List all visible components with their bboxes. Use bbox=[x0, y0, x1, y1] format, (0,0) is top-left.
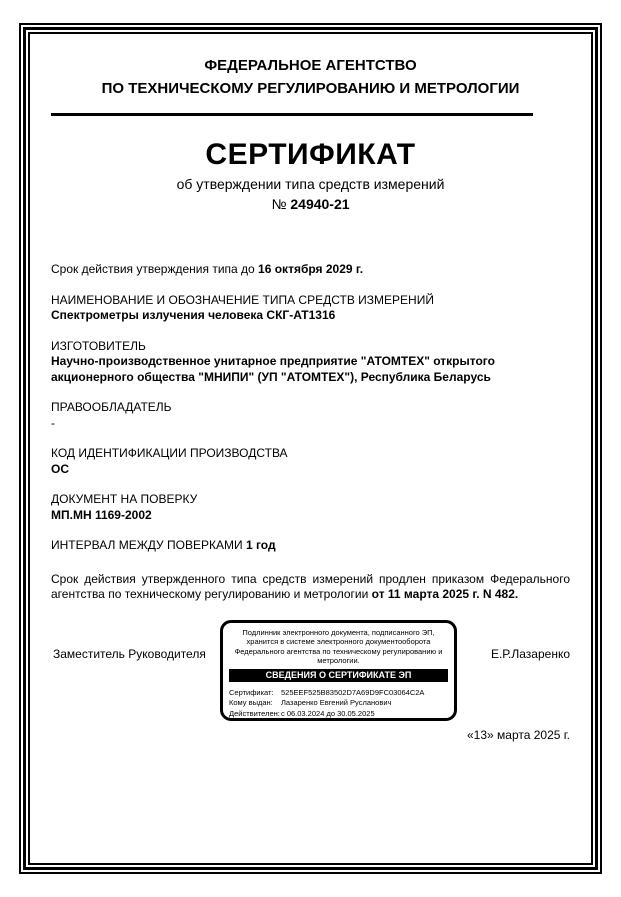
page-border-outer: ФЕДЕРАЛЬНОЕ АГЕНТСТВО ПО ТЕХНИЧЕСКОМУ РЕ… bbox=[19, 23, 602, 874]
stamp-valid-value: с 06.03.2024 до 30.05.2025 bbox=[281, 709, 448, 720]
page-border-inner: ФЕДЕРАЛЬНОЕ АГЕНТСТВО ПО ТЕХНИЧЕСКОМУ РЕ… bbox=[28, 32, 593, 865]
page-border-middle: ФЕДЕРАЛЬНОЕ АГЕНТСТВО ПО ТЕХНИЧЕСКОМУ РЕ… bbox=[23, 27, 598, 870]
stamp-certificate-value: 525EEF525B83502D7A69D9FC03064C2A bbox=[281, 688, 448, 699]
type-value: Спектрометры излучения человека СКГ-АТ13… bbox=[51, 308, 570, 324]
validity-block: Срок действия утверждения типа до 16 окт… bbox=[51, 262, 570, 278]
type-block: НАИМЕНОВАНИЕ И ОБОЗНАЧЕНИЕ ТИПА СРЕДСТВ … bbox=[51, 293, 570, 324]
certificate-title: СЕРТИФИКАТ bbox=[51, 138, 570, 172]
verification-doc-value: МП.МН 1169-2002 bbox=[51, 508, 570, 524]
certificate-page: ФЕДЕРАЛЬНОЕ АГЕНТСТВО ПО ТЕХНИЧЕСКОМУ РЕ… bbox=[0, 0, 621, 897]
type-label: НАИМЕНОВАНИЕ И ОБОЗНАЧЕНИЕ ТИПА СРЕДСТВ … bbox=[51, 293, 570, 309]
rights-holder-block: ПРАВООБЛАДАТЕЛЬ - bbox=[51, 400, 570, 431]
manufacturer-label: ИЗГОТОВИТЕЛЬ bbox=[51, 339, 570, 355]
manufacturer-block: ИЗГОТОВИТЕЛЬ Научно-производственное уни… bbox=[51, 339, 570, 386]
stamp-details: Сертификат: 525EEF525B83502D7A69D9FC0306… bbox=[229, 688, 448, 720]
validity-line: Срок действия утверждения типа до 16 окт… bbox=[51, 262, 570, 278]
verification-doc-block: ДОКУМЕНТ НА ПОВЕРКУ МП.МН 1169-2002 bbox=[51, 492, 570, 523]
signer-position: Заместитель Руководителя bbox=[53, 647, 206, 661]
verification-doc-label: ДОКУМЕНТ НА ПОВЕРКУ bbox=[51, 492, 570, 508]
agency-header-line2: ПО ТЕХНИЧЕСКОМУ РЕГУЛИРОВАНИЮ И МЕТРОЛОГ… bbox=[51, 77, 570, 100]
certificate-subtitle: об утверждении типа средств измерений bbox=[51, 174, 570, 194]
manufacturer-value: Научно-производственное унитарное предпр… bbox=[51, 354, 570, 385]
stamp-notice-line2: хранится в системе электронного документ… bbox=[229, 637, 448, 647]
certificate-number-value: 24940-21 bbox=[290, 196, 349, 212]
certificate-number: № 24940-21 bbox=[51, 194, 570, 214]
stamp-row-issued-to: Кому выдан: Лазаренко Евгений Русланович bbox=[229, 698, 448, 709]
agency-header: ФЕДЕРАЛЬНОЕ АГЕНТСТВО ПО ТЕХНИЧЕСКОМУ РЕ… bbox=[51, 54, 570, 100]
rights-holder-label: ПРАВООБЛАДАТЕЛЬ bbox=[51, 400, 570, 416]
stamp-notice-line3: Федерального агентства по техническому р… bbox=[229, 647, 448, 657]
stamp-issued-to-label: Кому выдан: bbox=[229, 698, 281, 709]
stamp-notice-line4: метрологии. bbox=[229, 656, 448, 666]
stamp-notice: Подлинник электронного документа, подпис… bbox=[229, 628, 448, 666]
stamp-valid-label: Действителен: bbox=[229, 709, 281, 720]
validity-label: Срок действия утверждения типа до bbox=[51, 262, 258, 276]
interval-block: ИНТЕРВАЛ МЕЖДУ ПОВЕРКАМИ 1 год bbox=[51, 538, 570, 554]
certificate-body: Срок действия утверждения типа до 16 окт… bbox=[51, 262, 570, 603]
interval-value: 1 год bbox=[246, 538, 276, 552]
interval-line: ИНТЕРВАЛ МЕЖДУ ПОВЕРКАМИ 1 год bbox=[51, 538, 570, 554]
stamp-bar-title: СВЕДЕНИЯ О СЕРТИФИКАТЕ ЭП bbox=[229, 669, 448, 682]
production-code-block: КОД ИДЕНТИФИКАЦИИ ПРОИЗВОДСТВА ОС bbox=[51, 446, 570, 477]
certificate-number-prefix: № bbox=[271, 196, 290, 212]
stamp-notice-line1: Подлинник электронного документа, подпис… bbox=[229, 628, 448, 638]
header-divider bbox=[51, 113, 533, 116]
stamp-certificate-label: Сертификат: bbox=[229, 688, 281, 699]
stamp-row-certificate: Сертификат: 525EEF525B83502D7A69D9FC0306… bbox=[229, 688, 448, 699]
production-code-label: КОД ИДЕНТИФИКАЦИИ ПРОИЗВОДСТВА bbox=[51, 446, 570, 462]
signer-name: Е.Р.Лазаренко bbox=[491, 647, 570, 661]
validity-value: 16 октября 2029 г. bbox=[258, 262, 363, 276]
stamp-row-valid: Действителен: с 06.03.2024 до 30.05.2025 bbox=[229, 709, 448, 720]
extension-value: от 11 марта 2025 г. N 482. bbox=[372, 587, 519, 601]
digital-signature-stamp: Подлинник электронного документа, подпис… bbox=[220, 620, 457, 721]
stamp-issued-to-value: Лазаренко Евгений Русланович bbox=[281, 698, 448, 709]
signature-date: «13» марта 2025 г. bbox=[51, 728, 570, 742]
production-code-value: ОС bbox=[51, 462, 570, 478]
extension-paragraph: Срок действия утвержденного типа средств… bbox=[51, 572, 570, 603]
interval-label: ИНТЕРВАЛ МЕЖДУ ПОВЕРКАМИ bbox=[51, 538, 246, 552]
signature-area: Заместитель Руководителя Подлинник элект… bbox=[51, 620, 570, 721]
extension-line: Срок действия утвержденного типа средств… bbox=[51, 572, 570, 603]
rights-holder-value: - bbox=[51, 416, 570, 432]
agency-header-line1: ФЕДЕРАЛЬНОЕ АГЕНТСТВО bbox=[51, 54, 570, 77]
